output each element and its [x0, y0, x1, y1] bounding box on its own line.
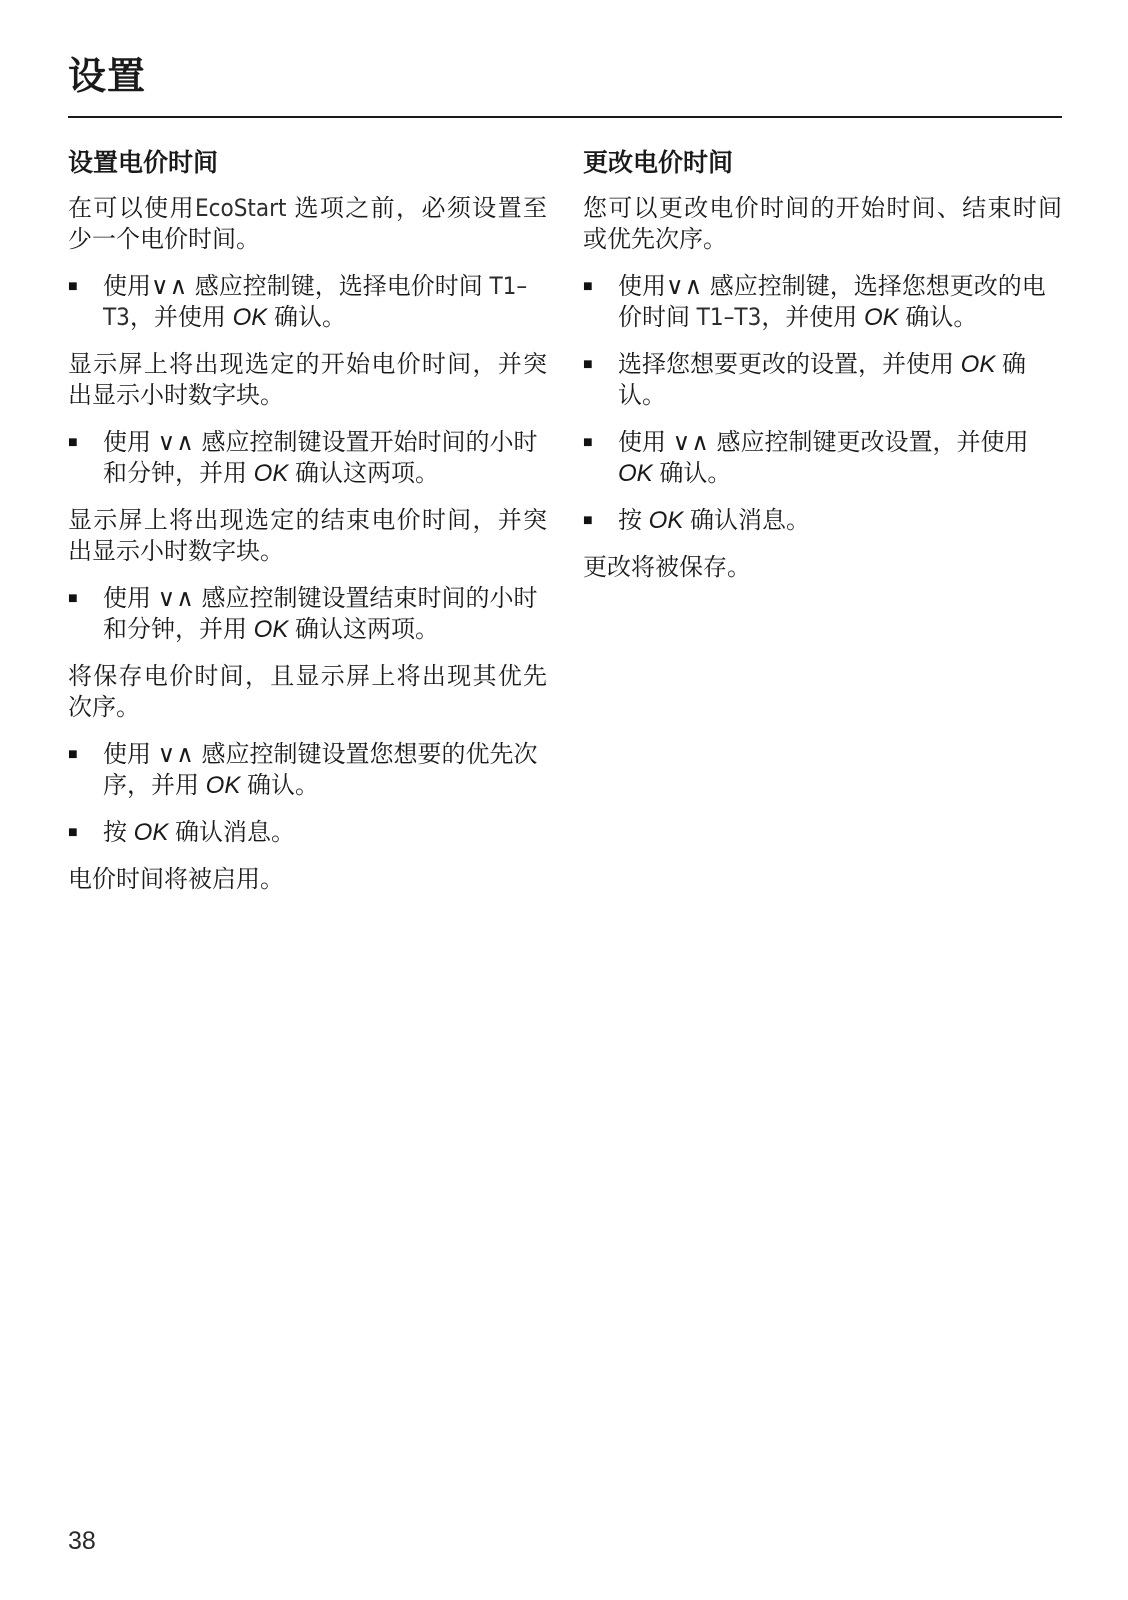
bullet-text: 使用 ∨∧ 感应控制键更改设置，并使用 OK 确认。 [618, 427, 1062, 489]
instruction-bullet: ■ 使用 ∨∧ 感应控制键设置您想要的优先次序，并用 OK 确认。 [68, 739, 547, 801]
bullet-text: 按 OK 确认消息。 [618, 505, 1062, 536]
bullet-text: 使用∨∧ 感应控制键，选择电价时间 T1–T3，并使用 OK 确认。 [103, 271, 547, 333]
paragraph: 显示屏上将出现选定的开始电价时间，并突出显示小时数字块。 [68, 349, 547, 411]
column-right: 更改电价时间 您可以更改电价时间的开始时间、结束时间或优先次序。 ■ 使用∨∧ … [583, 148, 1062, 911]
section-heading-change-tariff: 更改电价时间 [583, 148, 1062, 178]
bullet-text: 选择您想要更改的设置，并使用 OK 确认。 [618, 349, 1062, 411]
bullet-square-icon: ■ [68, 739, 103, 770]
instruction-bullet: ■ 按 OK 确认消息。 [583, 505, 1062, 536]
bullet-square-icon: ■ [583, 271, 618, 302]
bullet-square-icon: ■ [583, 505, 618, 536]
page-title: 设置 [68, 56, 1062, 100]
bullet-text: 使用 ∨∧ 感应控制键设置结束时间的小时和分钟，并用 OK 确认这两项。 [103, 583, 547, 645]
bullet-square-icon: ■ [68, 271, 103, 302]
bullet-square-icon: ■ [68, 583, 103, 614]
paragraph: 将保存电价时间，且显示屏上将出现其优先次序。 [68, 661, 547, 723]
instruction-bullet: ■ 使用∨∧ 感应控制键，选择电价时间 T1–T3，并使用 OK 确认。 [68, 271, 547, 333]
paragraph: 在可以使用EcoStart 选项之前，必须设置至少一个电价时间。 [68, 193, 547, 255]
bullet-text: 使用 ∨∧ 感应控制键设置开始时间的小时和分钟，并用 OK 确认这两项。 [103, 427, 547, 489]
bullet-text: 按 OK 确认消息。 [103, 817, 547, 848]
paragraph: 更改将被保存。 [583, 552, 1062, 583]
paragraph: 您可以更改电价时间的开始时间、结束时间或优先次序。 [583, 193, 1062, 255]
column-left: 设置电价时间 在可以使用EcoStart 选项之前，必须设置至少一个电价时间。 … [68, 148, 547, 911]
bullet-square-icon: ■ [68, 427, 103, 458]
bullet-square-icon: ■ [583, 349, 618, 380]
bullet-square-icon: ■ [68, 817, 103, 848]
bullet-square-icon: ■ [583, 427, 618, 458]
paragraph: 显示屏上将出现选定的结束电价时间，并突出显示小时数字块。 [68, 505, 547, 567]
instruction-bullet: ■ 使用 ∨∧ 感应控制键更改设置，并使用 OK 确认。 [583, 427, 1062, 489]
instruction-bullet: ■ 选择您想要更改的设置，并使用 OK 确认。 [583, 349, 1062, 411]
section-heading-set-tariff: 设置电价时间 [68, 148, 547, 178]
instruction-bullet: ■ 使用∨∧ 感应控制键，选择您想更改的电价时间 T1–T3，并使用 OK 确认… [583, 271, 1062, 333]
title-rule [68, 116, 1062, 118]
instruction-bullet: ■ 使用 ∨∧ 感应控制键设置结束时间的小时和分钟，并用 OK 确认这两项。 [68, 583, 547, 645]
two-column-layout: 设置电价时间 在可以使用EcoStart 选项之前，必须设置至少一个电价时间。 … [68, 148, 1062, 911]
bullet-text: 使用 ∨∧ 感应控制键设置您想要的优先次序，并用 OK 确认。 [103, 739, 547, 801]
manual-page: 设置 设置电价时间 在可以使用EcoStart 选项之前，必须设置至少一个电价时… [0, 0, 1128, 1600]
paragraph: 电价时间将被启用。 [68, 864, 547, 895]
instruction-bullet: ■ 按 OK 确认消息。 [68, 817, 547, 848]
bullet-text: 使用∨∧ 感应控制键，选择您想更改的电价时间 T1–T3，并使用 OK 确认。 [618, 271, 1062, 333]
instruction-bullet: ■ 使用 ∨∧ 感应控制键设置开始时间的小时和分钟，并用 OK 确认这两项。 [68, 427, 547, 489]
page-number: 38 [68, 1527, 96, 1556]
